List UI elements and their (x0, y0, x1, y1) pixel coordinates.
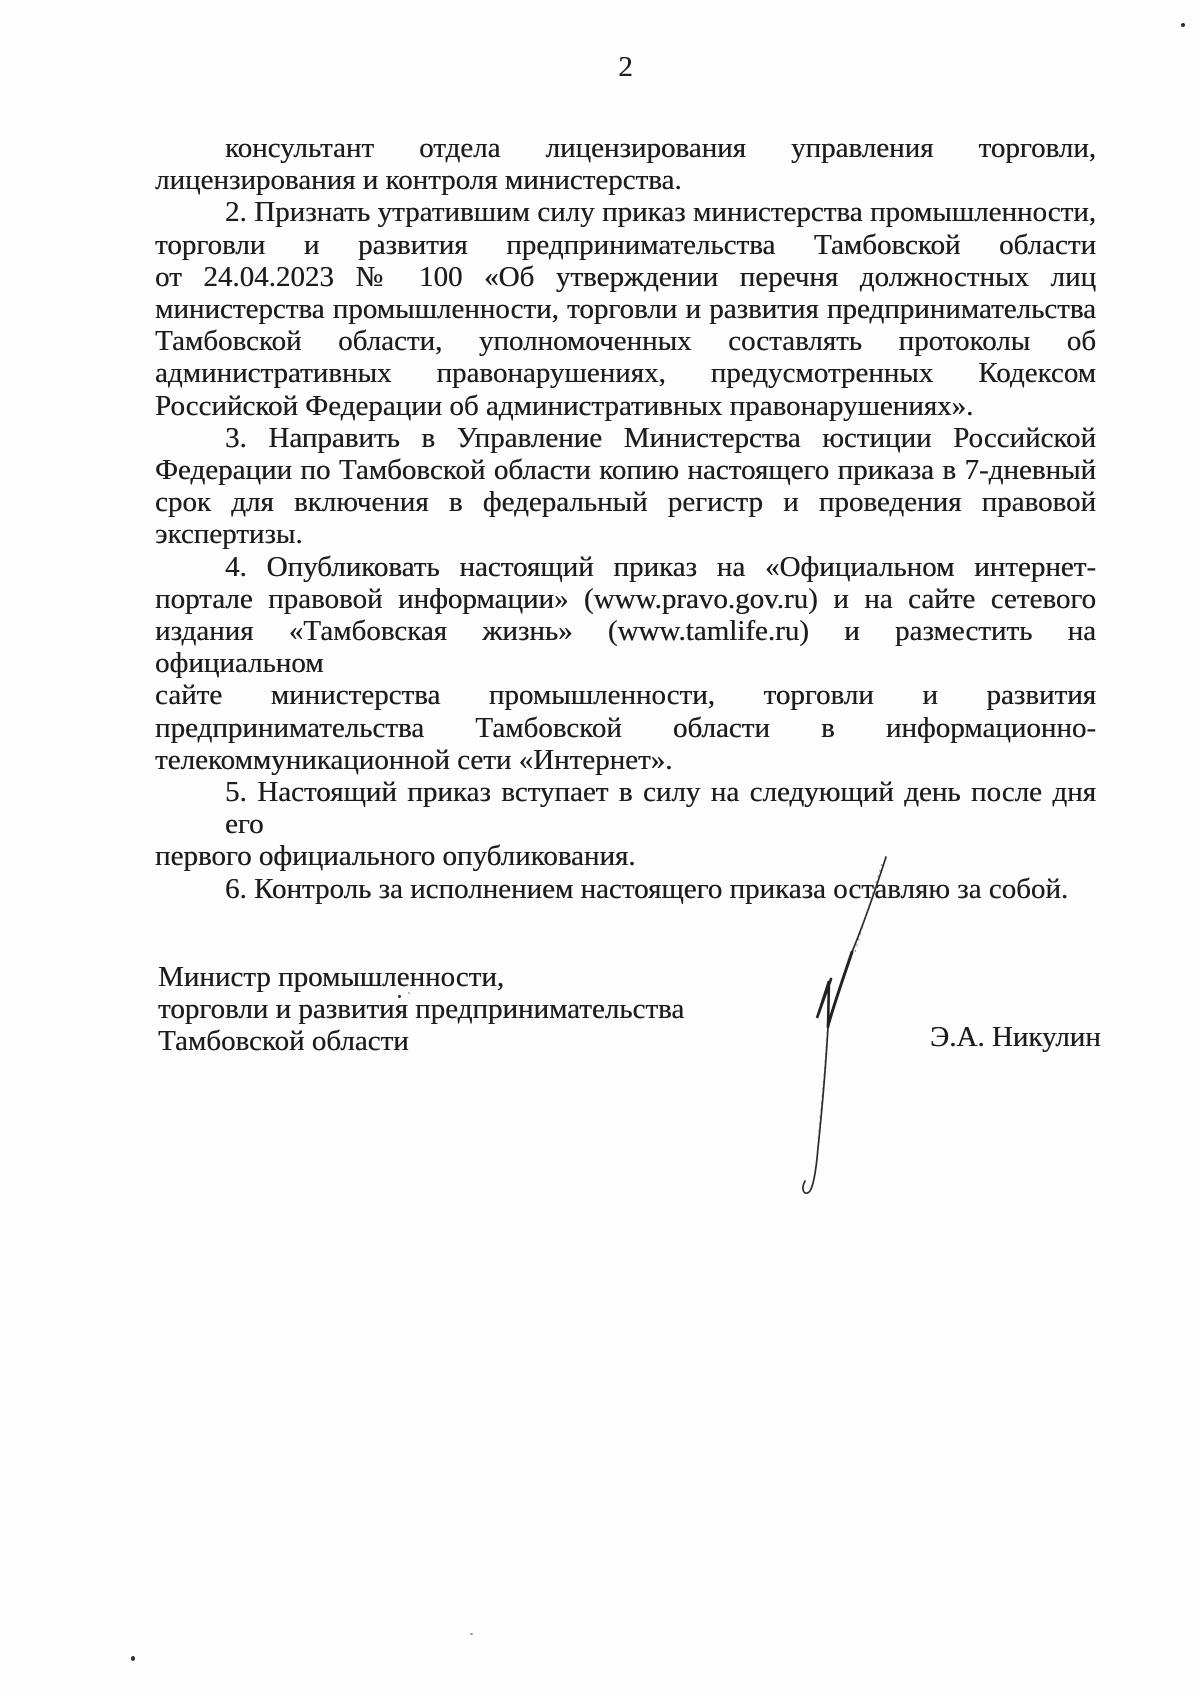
signatory-title-line: Тамбовской области (158, 1025, 684, 1057)
scan-artifact (131, 1656, 135, 1661)
signatory-title-line: торговли и развития предпринимательства (158, 993, 684, 1025)
text-line: 2. Признать утратившим силу приказ минис… (155, 196, 1096, 228)
text-line: торговли и развития предпринимательства … (155, 229, 1096, 261)
text-line: телекоммуникационной сети «Интернет». (155, 744, 1096, 776)
text-line: Российской Федерации об административных… (155, 390, 1096, 422)
text-line: 6. Контроль за исполнением настоящего пр… (155, 873, 1096, 905)
paragraph: 4. Опубликовать настоящий приказ на «Офи… (155, 551, 1096, 776)
text-line: консультант отдела лицензирования управл… (155, 132, 1096, 164)
scan-artifact (470, 1633, 473, 1635)
text-line: 4. Опубликовать настоящий приказ на «Офи… (155, 551, 1096, 583)
text-line: административных правонарушениях, предус… (155, 357, 1096, 389)
text-line: срок для включения в федеральный регистр… (155, 486, 1096, 518)
paragraph: 6. Контроль за исполнением настоящего пр… (155, 873, 1096, 905)
document-body: консультант отдела лицензирования управл… (155, 132, 1096, 905)
scan-artifact (408, 992, 410, 994)
signatory-name: Э.А. Никулин (930, 1021, 1101, 1053)
text-line: 3. Направить в Управление Министерства ю… (155, 422, 1096, 454)
text-line: 5. Настоящий приказ вступает в силу на с… (155, 776, 1096, 840)
text-line: издания «Тамбовская жизнь» (www.tamlife.… (155, 615, 1096, 679)
signatory-title-line: Министр промышленности, (158, 961, 684, 993)
text-line: сайте министерства промышленности, торго… (155, 679, 1096, 711)
text-line: экспертизы. (155, 518, 1096, 550)
scan-artifact (1181, 23, 1185, 27)
text-line: лицензирования и контроля министерства. (155, 164, 1096, 196)
paragraph: 5. Настоящий приказ вступает в силу на с… (155, 776, 1096, 873)
text-line: Тамбовской области, уполномоченных соста… (155, 325, 1096, 357)
paragraph: 2. Признать утратившим силу приказ минис… (155, 196, 1096, 421)
text-line: министерства промышленности, торговли и … (155, 293, 1096, 325)
page-number: 2 (155, 51, 1096, 83)
text-line: предпринимательства Тамбовской области в… (155, 712, 1096, 744)
paragraph: 3. Направить в Управление Министерства ю… (155, 422, 1096, 551)
text-line: Федерации по Тамбовской области копию на… (155, 454, 1096, 486)
paragraph: консультант отдела лицензирования управл… (155, 132, 1096, 196)
handwritten-signature-icon (700, 780, 950, 1240)
scan-artifact (398, 995, 401, 998)
signatory-title: Министр промышленности, торговли и разви… (158, 961, 684, 1058)
scanned-document-page: 2 консультант отдела лицензирования упра… (0, 0, 1200, 1695)
text-line: портале правовой информации» (www.pravo.… (155, 583, 1096, 615)
text-line: первого официального опубликования. (155, 840, 1096, 872)
text-line: от 24.04.2023 № 100 «Об утверждении пере… (155, 261, 1096, 293)
